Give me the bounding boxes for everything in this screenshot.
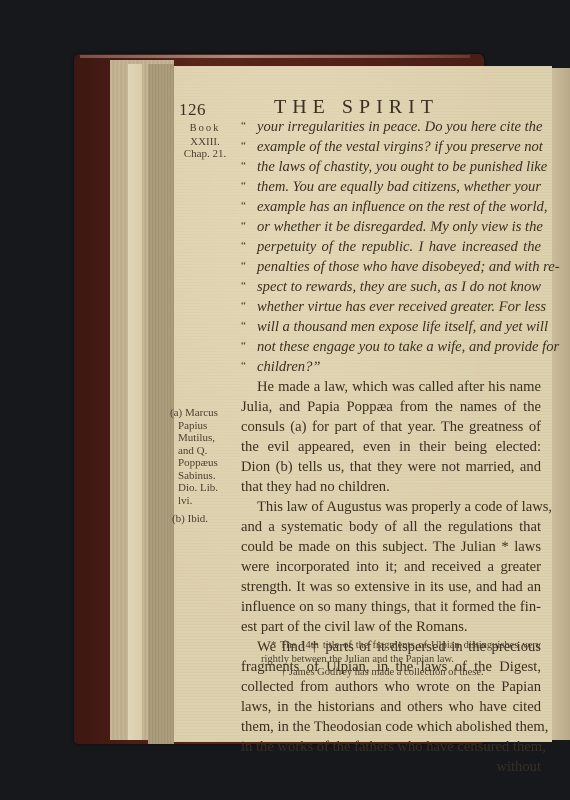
quote-line: “perpetuity of the republic. I have incr… — [241, 236, 541, 256]
body-line: Dion (b) tells us, that they were not ma… — [241, 457, 541, 477]
quote-mark: “ — [241, 276, 257, 296]
quote-line: “spect to rewards, they are such, as I d… — [241, 276, 541, 296]
quote-text: example has an influence on the rest of … — [257, 199, 547, 215]
quote-line: “whether virtue has ever received greate… — [241, 296, 541, 316]
margin-note-line: Mutilus, — [170, 432, 236, 445]
quote-text: not these engage you to take a wife, and… — [257, 339, 559, 355]
margin-book-label: Book — [172, 123, 238, 136]
margin-note-line: (a) Marcus — [170, 407, 236, 420]
quote-text: example of the vestal virgins? if you pr… — [257, 139, 543, 155]
quote-mark: “ — [241, 336, 257, 356]
quote-line: “penalties of those who have disobeyed; … — [241, 256, 541, 276]
margin-note-line: lvi. — [170, 495, 236, 508]
body-line: collected from authors who wrote on the … — [241, 677, 541, 697]
margin-volume: XXIII. — [172, 136, 238, 149]
quote-line: “example of the vestal virgins? if you p… — [241, 136, 541, 156]
body-line: consuls (a) for part of that year. The g… — [241, 417, 541, 437]
footnotes: * The 14th title of the fragments of Ulp… — [271, 639, 541, 680]
page-block-gutter — [148, 64, 174, 744]
quote-text: them. You are equally bad citizens, whet… — [257, 179, 541, 195]
quote-mark: “ — [241, 316, 257, 336]
margin-chapter: Chap. 21. — [172, 148, 238, 161]
quote-passage: “your irregularities in peace. Do you he… — [241, 116, 541, 376]
body-line: that they had no children. — [241, 477, 541, 497]
margin-note-line: and Q. — [170, 445, 236, 458]
quote-line: “will a thousand men expose life itself,… — [241, 316, 541, 336]
quote-mark: “ — [241, 296, 257, 316]
body-line: strength. It was so extensive in its use… — [241, 577, 541, 597]
quote-text: children?” — [257, 359, 321, 375]
quote-mark: “ — [241, 176, 257, 196]
footnote-line: † James Godfrey has made a collection of… — [271, 666, 541, 680]
body-text: He made a law, which was called after hi… — [241, 377, 541, 777]
body-line: them, in the Theodosian code which aboli… — [241, 717, 541, 737]
quote-text: spect to rewards, they are such, as I do… — [257, 279, 541, 295]
quote-line: “them. You are equally bad citizens, whe… — [241, 176, 541, 196]
footnote-line: rightly between the Julian and the Papia… — [261, 653, 541, 667]
facing-page-edge — [550, 68, 570, 740]
margin-note-line: Dio. Lib. — [170, 482, 236, 495]
margin-note-a: (a) Marcus Papius Mutilus, and Q. Poppæu… — [170, 407, 236, 507]
quote-text: will a thousand men expose life itself, … — [257, 319, 548, 335]
quote-mark: “ — [241, 256, 257, 276]
page-number: 126 — [179, 100, 206, 120]
body-line: This law of Augustus was properly a code… — [241, 497, 541, 517]
page-block-inner — [128, 64, 142, 740]
body-line: He made a law, which was called after hi… — [241, 377, 541, 397]
quote-text: perpetuity of the republic. I have incre… — [257, 239, 541, 255]
quote-text: whether virtue has ever received greater… — [257, 299, 546, 315]
quote-line: “or whether it be disregarded. My only v… — [241, 216, 541, 236]
quote-mark: “ — [241, 236, 257, 256]
quote-line: “the laws of chastity, you ought to be p… — [241, 156, 541, 176]
body-line: were incorporated into it; and received … — [241, 557, 541, 577]
quote-line: “children?” — [241, 356, 541, 376]
margin-note-b: (b) Ibid. — [172, 513, 238, 526]
quote-text: the laws of chastity, you ought to be pu… — [257, 159, 547, 175]
footnote-line: * The 14th title of the fragments of Ulp… — [271, 639, 541, 653]
quote-mark: “ — [241, 356, 257, 376]
margin-book-chapter: Book XXIII. Chap. 21. — [172, 123, 238, 161]
margin-note-line: Poppæus — [170, 457, 236, 470]
body-line: could be made on this subject. The Julia… — [241, 537, 541, 557]
margin-note-line: Sabinus. — [170, 470, 236, 483]
quote-line: “your irregularities in peace. Do you he… — [241, 116, 541, 136]
body-line: Julia, and Papia Poppæa from the names o… — [241, 397, 541, 417]
quote-text: penalties of those who have disobeyed; a… — [257, 259, 560, 275]
quote-mark: “ — [241, 216, 257, 236]
quote-mark: “ — [241, 136, 257, 156]
body-line: est part of the civil law of the Romans. — [241, 617, 541, 637]
quote-text: or whether it be disregarded. My only vi… — [257, 219, 543, 235]
body-line: the evil appeared, even in their being e… — [241, 437, 541, 457]
quote-line: “example has an influence on the rest of… — [241, 196, 541, 216]
quote-mark: “ — [241, 156, 257, 176]
quote-text: your irregularities in peace. Do you her… — [257, 119, 542, 135]
quote-mark: “ — [241, 116, 257, 136]
body-line: in the works of the fathers who have cen… — [241, 737, 541, 757]
body-line: influence on so many things, that it for… — [241, 597, 541, 617]
margin-note-line: (b) Ibid. — [172, 513, 238, 526]
margin-note-line: Papius — [170, 420, 236, 433]
body-line: laws, in the historians and others who h… — [241, 697, 541, 717]
quote-line: “not these engage you to take a wife, an… — [241, 336, 541, 356]
body-line: and a systematic body of all the regulat… — [241, 517, 541, 537]
quote-mark: “ — [241, 196, 257, 216]
book-page: 126 THE SPIRIT Book XXIII. Chap. 21. (a)… — [174, 66, 552, 742]
catchword: without — [241, 757, 541, 777]
cover-edge-highlight — [80, 55, 470, 58]
